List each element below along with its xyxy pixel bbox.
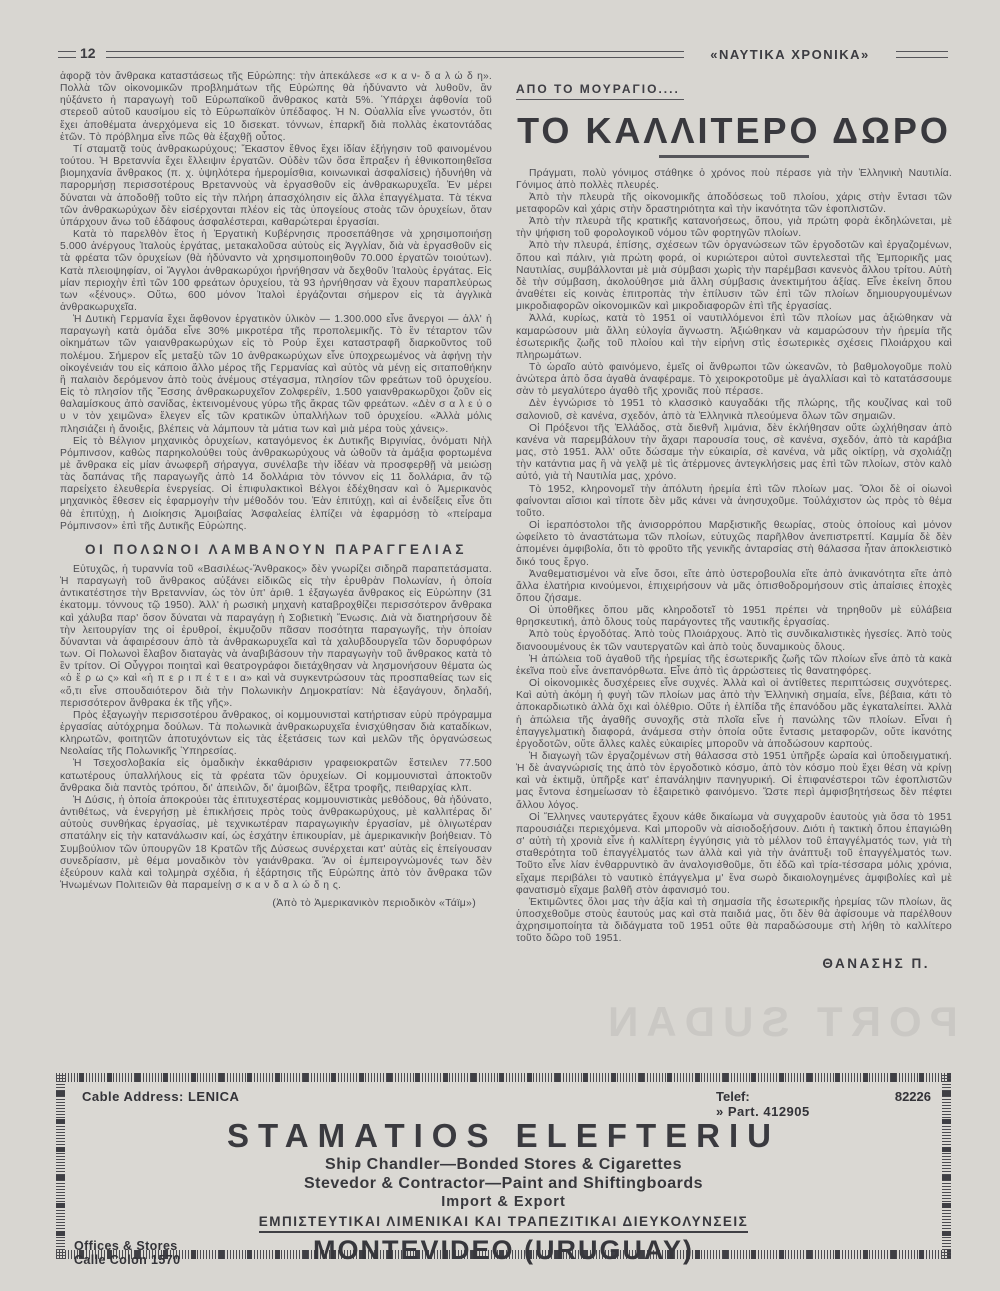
paragraph: Ἀπὸ τὴν πλευρὰ τῆς οἰκονομικῆς ἀποδόσεως… (516, 192, 952, 216)
article-headline: ΤΟ ΚΑΛΛΙΤΕΡΟ ΔΩΡΟ (516, 110, 952, 152)
section-heading: ΟΙ ΠΟΛΩΝΟΙ ΛΑΜΒΑΝΟΥΝ ΠΑΡΑΓΓΕΛΙΑΣ (60, 542, 492, 557)
paragraph: Δὲν ἐγνώρισε τὸ 1951 τὸ κλασσικὸ καυγαδά… (516, 398, 952, 422)
paragraph: Οἱ Πρόξενοι τῆς Ἑλλάδος, στὰ διεθνῆ λιμά… (516, 423, 952, 484)
ad-tagline-3: Import & Export (68, 1193, 939, 1212)
magazine-page: 12 «ΝΑΥΤΙΚΑ ΧΡΟΝΙΚΑ» ἀφορᾷ τὸν ἄνθρακα κ… (0, 0, 1000, 1291)
paragraph: Εἰς τὸ Βέλγιον μηχανικὸς ὀρυχείων, καταγ… (60, 436, 492, 533)
paragraph: Οἱ οἰκονομικὲς δυσχέρειες εἶνε συχνές. Ἀ… (516, 678, 952, 751)
ad-greek-line-wrap: ΕΜΠΙΣΤΕΥΤΙΚΑΙ ΛΙΜΕΝΙΚΑΙ ΚΑΙ ΤΡΑΠΕΖΙΤΙΚΑΙ… (68, 1213, 939, 1233)
paragraph: Οἱ Ἕλληνες ναυτεργάτες ἔχουν κάθε δικαίω… (516, 812, 952, 897)
paragraph: Ἡ διαγωγὴ τῶν ἐργαζομένων στὴ θάλασσα στ… (516, 751, 952, 812)
header-rule-middle (106, 51, 684, 58)
ad-tagline-2: Stevedor & Contractor—Paint and Shifting… (68, 1174, 939, 1193)
right-column-article: Πράγματι, πολὺ γόνιμος στάθηκε ὁ χρόνος … (516, 168, 952, 946)
ad-greek-line: ΕΜΠΙΣΤΕΥΤΙΚΑΙ ΛΙΜΕΝΙΚΑΙ ΚΑΙ ΤΡΑΠΕΖΙΤΙΚΑΙ… (259, 1214, 749, 1233)
page-number: 12 (80, 45, 96, 61)
ad-cable-address: Cable Address: LENICA (82, 1089, 239, 1104)
ad-content: Cable Address: LENICA Telef: 82226 » Par… (68, 1083, 939, 1249)
ad-telef-number: 82226 (895, 1089, 931, 1104)
paragraph: Ἡ Δύσις, ἡ ὁποία ἀποκρούει τὰς ἐπιτυχεστ… (60, 795, 492, 892)
ad-tagline-1: Ship Chandler—Bonded Stores & Cigarettes (68, 1155, 939, 1174)
ad-offices: Offices & Stores Calle Colon 1570 (74, 1239, 180, 1267)
right-column: ΑΠΟ ΤΟ ΜΟΥΡΑΓΙΟ.... ΤΟ ΚΑΛΛΙΤΕΡΟ ΔΩΡΟ Πρ… (516, 80, 952, 1068)
paragraph: Εὐτυχῶς, ἡ τυραννία τοῦ «Βασιλέως-Ἄνθρακ… (60, 564, 492, 710)
paragraph: Ἡ Τσεχοσλοβακία εἰς ὁμαδικὴν ἐκκαθάρισιν… (60, 758, 492, 794)
paragraph: Ἀλλά, κυρίως, κατὰ τὸ 1951 οἱ ναυτιλλόμε… (516, 313, 952, 362)
header-rule-left (58, 51, 76, 58)
paragraph: Τί σταματᾷ τοὺς ἀνθρακωρύχους; Ἕκαστον ἔ… (60, 144, 492, 229)
left-column: ἀφορᾷ τὸν ἄνθρακα καταστάσεως τῆς Εὐρώπη… (60, 71, 492, 1049)
ad-telef-label: Telef: (716, 1089, 750, 1104)
ad-telephone: Telef: 82226 » Part. 412905 (716, 1089, 931, 1119)
paragraph: Ἀπὸ τὴν πλευρὰ τῆς κρατικῆς κατανοήσεως,… (516, 216, 952, 240)
paragraph: Ἡ Δυτικὴ Γερμανία ἔχει ἄφθονον ἐργατικὸν… (60, 314, 492, 436)
ad-offices-line1: Offices & Stores (74, 1239, 180, 1253)
paragraph: Κατὰ τὸ παρελθὸν ἔτος ἡ Ἐργατικὴ Κυβέρνη… (60, 229, 492, 314)
advertisement: Cable Address: LENICA Telef: 82226 » Par… (56, 1073, 951, 1259)
article-credit: (Ἀπὸ τὸ Ἀμερικανικὸν περιοδικὸν «Τάϊμ») (60, 897, 492, 909)
paragraph: Οἱ ὑποθῆκες ὅπου μᾶς κληροδοτεῖ τὸ 1951 … (516, 605, 952, 629)
paragraph: Πράγματι, πολὺ γόνιμος στάθηκε ὁ χρόνος … (516, 168, 952, 192)
paragraph: Ἀπὸ τὴν πλευρά, ἐπίσης, σχέσεων τῶν ὀργα… (516, 240, 952, 313)
paragraph: Τὸ 1952, κληρονομεῖ τὴν ἀπόλυτη ἠρεμία ἐ… (516, 484, 952, 520)
ad-border-right (942, 1073, 951, 1259)
left-column-article: ἀφορᾷ τὸν ἄνθρακα καταστάσεως τῆς Εὐρώπη… (60, 71, 492, 533)
paragraph: Ἐκτιμῶντες ὅλοι μας τὴν ἀξία καὶ τὴ σημα… (516, 897, 952, 946)
left-column-article-continued: Εὐτυχῶς, ἡ τυραννία τοῦ «Βασιλέως-Ἄνθρακ… (60, 564, 492, 892)
ad-border-left (56, 1073, 65, 1259)
paragraph: Ἡ ἀπώλεια τοῦ ἀγαθοῦ τῆς ἠρεμίας τῆς ἐσω… (516, 654, 952, 678)
paragraph: Ἀναθεματισμένοι νὰ εἶνε ὅσοι, εἴτε ἀπὸ ὑ… (516, 569, 952, 605)
paragraph: Τὸ ὡραῖο αὐτὸ φαινόμενο, ἐμεῖς οἱ ἄνθρωπ… (516, 362, 952, 398)
ad-company-name: STAMATIOS ELEFTERIU (68, 1117, 939, 1155)
column-kicker: ΑΠΟ ΤΟ ΜΟΥΡΑΓΙΟ.... (516, 82, 684, 100)
author-signature: ΘΑΝΑΣΗΣ Π. (516, 956, 952, 971)
ad-border-top (56, 1073, 951, 1082)
paragraph: ἀφορᾷ τὸν ἄνθρακα καταστάσεως τῆς Εὐρώπη… (60, 71, 492, 144)
magazine-title: «ΝΑΥΤΙΚΑ ΧΡΟΝΙΚΑ» (690, 47, 890, 62)
headline-underline (659, 155, 809, 158)
ad-offices-line2: Calle Colon 1570 (74, 1253, 180, 1267)
paragraph: Οἱ ἱεραπόστολοι τῆς ἀνισορρόπου Μαρξιστι… (516, 520, 952, 569)
paragraph: Ἀπὸ τοὺς ἐργοδότας. Ἀπὸ τοὺς Πλοιάρχους.… (516, 629, 952, 653)
paragraph: Πρὸς ἐξαγωγὴν περισσοτέρου ἄνθρακος, οἱ … (60, 710, 492, 759)
ad-city: MONTEVIDEO (URUGUAY) (68, 1235, 939, 1266)
header-rule-right (896, 51, 948, 58)
